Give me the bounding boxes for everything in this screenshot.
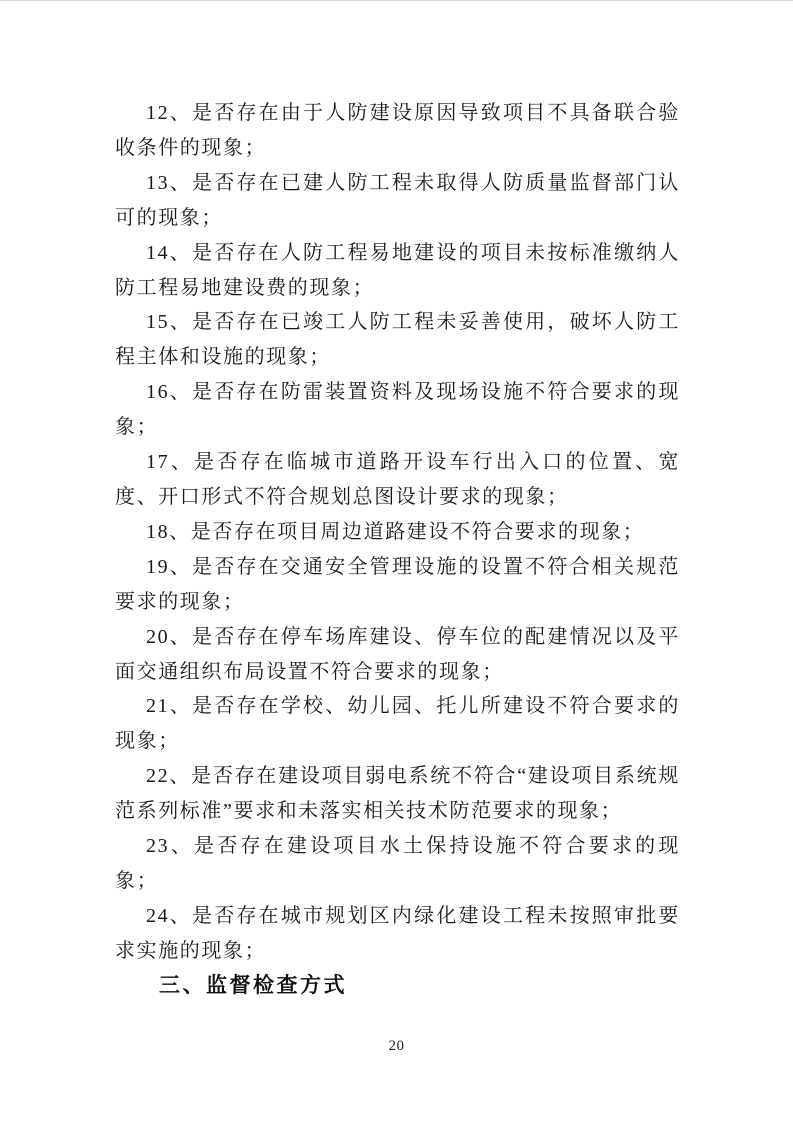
document-body: 12、是否存在由于人防建设原因导致项目不具备联合验收条件的现象； 13、是否存在… [115,96,680,1004]
checklist-item-24: 24、是否存在城市规划区内绿化建设工程未按照审批要求实施的现象； [115,899,680,969]
page-number: 20 [0,1038,793,1055]
checklist-item-13: 13、是否存在已建人防工程未取得人防质量监督部门认可的现象； [115,166,680,236]
checklist-item-22: 22、是否存在建设项目弱电系统不符合“建设项目系统规范系列标准”要求和未落实相关… [115,759,680,829]
checklist-item-16: 16、是否存在防雷装置资料及现场设施不符合要求的现象； [115,375,680,445]
checklist-item-15: 15、是否存在已竣工人防工程未妥善使用，破坏人防工程主体和设施的现象； [115,305,680,375]
checklist-item-20: 20、是否存在停车场库建设、停车位的配建情况以及平面交通组织布局设置不符合要求的… [115,620,680,690]
checklist-item-21: 21、是否存在学校、幼儿园、托儿所建设不符合要求的现象； [115,689,680,759]
checklist-item-17: 17、是否存在临城市道路开设车行出入口的位置、宽度、开口形式不符合规划总图设计要… [115,445,680,515]
checklist-item-19: 19、是否存在交通安全管理设施的设置不符合相关规范要求的现象； [115,550,680,620]
section-heading: 三、监督检查方式 [115,969,680,1004]
checklist-item-18: 18、是否存在项目周边道路建设不符合要求的现象； [115,515,680,550]
document-page: 12、是否存在由于人防建设原因导致项目不具备联合验收条件的现象； 13、是否存在… [0,0,793,1122]
checklist-item-12: 12、是否存在由于人防建设原因导致项目不具备联合验收条件的现象； [115,96,680,166]
checklist-item-23: 23、是否存在建设项目水土保持设施不符合要求的现象； [115,829,680,899]
checklist-item-14: 14、是否存在人防工程易地建设的项目未按标准缴纳人防工程易地建设费的现象； [115,236,680,306]
